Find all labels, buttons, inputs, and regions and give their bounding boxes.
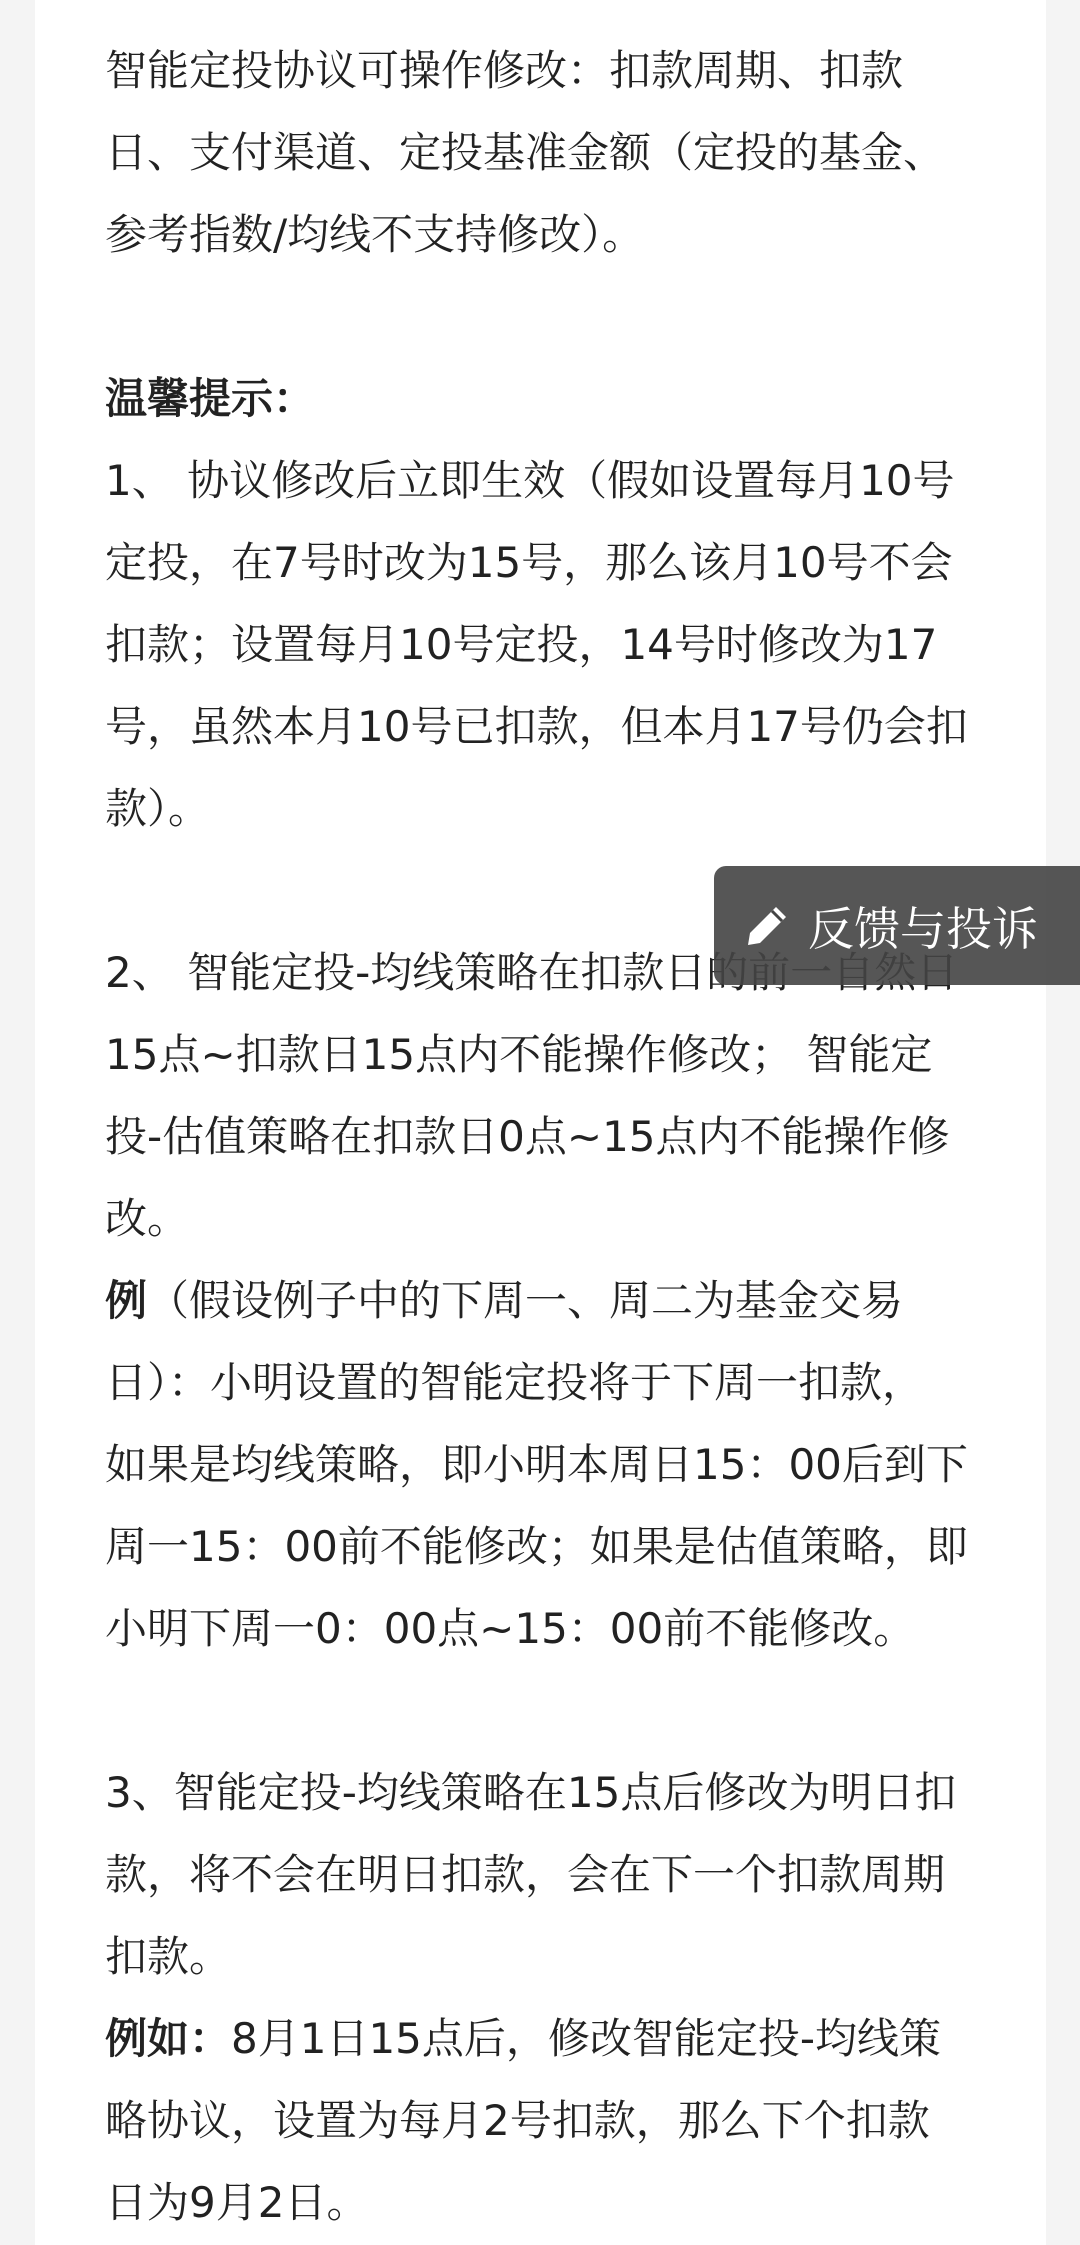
tips-heading: 温馨提示： — [105, 358, 1045, 440]
tip3-example-line: 日为9月2日。 — [105, 2162, 1045, 2244]
tip3-line: 扣款。 — [105, 1916, 1045, 1998]
tip2-line: 改。 — [105, 1178, 1045, 1260]
intro-line: 参考指数/均线不支持修改）。 — [105, 194, 1045, 276]
tip1-line: 号，虽然本月10号已扣款，但本月17号仍会扣 — [105, 686, 1045, 768]
feedback-button-label: 反馈与投诉 — [808, 893, 1038, 959]
tip3-line: 款，将不会在明日扣款，会在下一个扣款周期 — [105, 1834, 1045, 1916]
tip2-example-line: 小明下周一0：00点~15：00前不能修改。 — [105, 1588, 1045, 1670]
example-label: 例 — [105, 1276, 147, 1325]
tip1-line: 扣款；设置每月10号定投，14号时修改为17 — [105, 604, 1045, 686]
spacer — [105, 1670, 1045, 1752]
spacer — [105, 276, 1045, 358]
feedback-complaint-button[interactable]: 反馈与投诉 — [714, 866, 1080, 985]
tip2-example-line: 例（假设例子中的下周一、周二为基金交易 — [105, 1260, 1045, 1342]
intro-line: 智能定投协议可操作修改：扣款周期、扣款 — [105, 30, 1045, 112]
tip1-line: 1、 协议修改后立即生效（假如设置每月10号 — [105, 440, 1045, 522]
tip3-example-line: 例如：8月1日15点后，修改智能定投-均线策 — [105, 1998, 1045, 2080]
intro-line: 日、支付渠道、定投基准金额（定投的基金、 — [105, 112, 1045, 194]
tip3-example-line: 略协议，设置为每月2号扣款，那么下个扣款 — [105, 2080, 1045, 2162]
example-text: （假设例子中的下周一、周二为基金交易 — [147, 1276, 903, 1325]
example-text: 8月1日15点后，修改智能定投-均线策 — [231, 2014, 941, 2063]
tip1-line: 定投，在7号时改为15号，那么该月10号不会 — [105, 522, 1045, 604]
tip2-line: 15点~扣款日15点内不能操作修改； 智能定 — [105, 1014, 1045, 1096]
tip2-line: 投-估值策略在扣款日0点~15点内不能操作修 — [105, 1096, 1045, 1178]
article-content: 智能定投协议可操作修改：扣款周期、扣款 日、支付渠道、定投基准金额（定投的基金、… — [105, 30, 1045, 2244]
tip1-line: 款）。 — [105, 768, 1045, 850]
tip3-line: 3、智能定投-均线策略在15点后修改为明日扣 — [105, 1752, 1045, 1834]
tip2-example-line: 周一15：00前不能修改；如果是估值策略，即 — [105, 1506, 1045, 1588]
article-card: 智能定投协议可操作修改：扣款周期、扣款 日、支付渠道、定投基准金额（定投的基金、… — [35, 0, 1046, 2245]
tip2-example-line: 日）：小明设置的智能定投将于下周一扣款， — [105, 1342, 1045, 1424]
example-label: 例如： — [105, 2014, 231, 2063]
pencil-icon — [744, 903, 790, 949]
tip2-example-line: 如果是均线策略，即小明本周日15：00后到下 — [105, 1424, 1045, 1506]
